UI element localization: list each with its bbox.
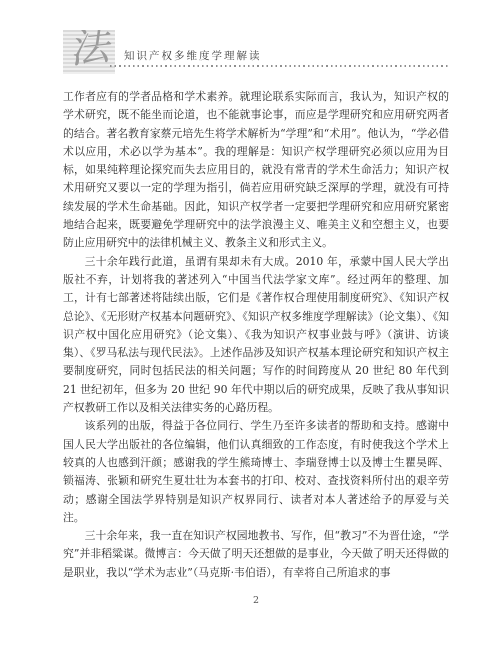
paragraph: 三十余年践行此道，虽谓有果却未有大成。2010 年，承蒙中国人民大学出版社不弃，… [63,253,449,418]
fa-calligraphy-logo-icon: 法 [63,30,115,73]
page-number: 2 [63,595,449,606]
book-page: 法 知识产权多维度学理解读 工作者应有的学者品格和学术素养。就理论联系实际而言，… [0,0,502,666]
series-logo-block: 法 [63,30,115,74]
paragraph: 工作者应有的学者品格和学术素养。就理论联系实际而言，我认为，知识产权的学术研究，… [63,88,449,253]
header-dotted-rule [110,65,449,67]
body-text-block: 工作者应有的学者品格和学术素养。就理论联系实际而言，我认为，知识产权的学术研究，… [63,88,449,582]
running-head-title: 知识产权多维度学理解读 [124,48,262,63]
paragraph: 三十余年来，我一直在知识产权园地教书、写作，但“教习”不为晋仕途，“学究”并非稻… [63,527,449,582]
paragraph: 该系列的出版，得益于各位同行、学生乃至许多读者的帮助和支持。感谢中国人民大学出版… [63,417,449,527]
